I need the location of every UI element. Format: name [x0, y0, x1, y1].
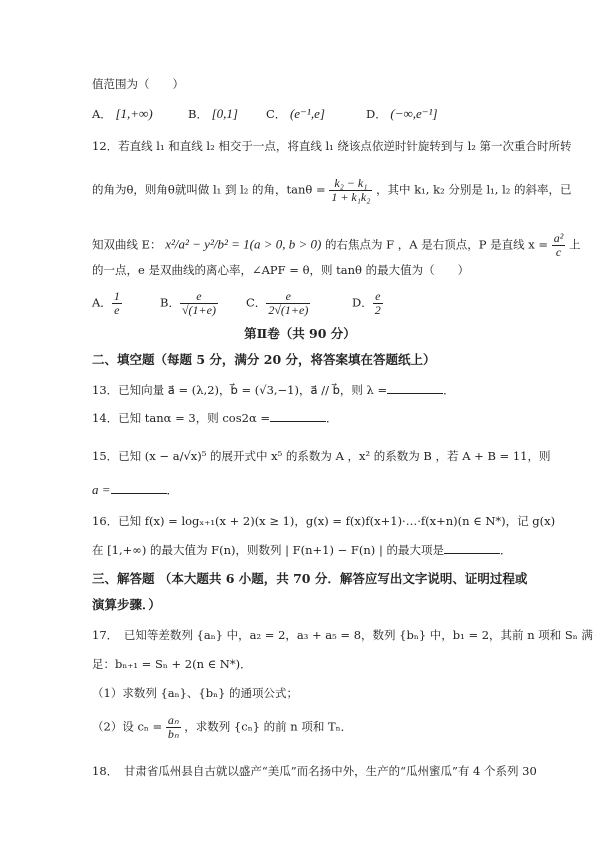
q12-line4: 的一点，e 是双曲线的离心率，∠APF = θ，则 tanθ 的最大值为（ ）	[92, 262, 469, 278]
q12-option-c: C．e2√(1+e)	[246, 290, 310, 317]
q12-line3: 知双曲线 E： x²/a² − y²/b² = 1(a > 0, b > 0) …	[92, 232, 580, 259]
q11-tail: 值范围为（ ）	[92, 76, 184, 92]
q12-option-b: B．e√(1+e)	[160, 290, 218, 317]
hyperbola-equation: x²/a² − y²/b² = 1(a > 0, b > 0)	[165, 237, 321, 252]
q11-option-a: A． [1,+∞)	[92, 106, 153, 122]
q12-line3-text-c: 上	[569, 238, 581, 252]
q12-option-d: D．e2	[352, 290, 383, 317]
q12-line1: 12．若直线 l₁ 和直线 l₂ 相交于一点，将直线 l₁ 绕该点依逆时针旋转到…	[92, 138, 572, 154]
q15-line2: a =．	[92, 482, 178, 498]
q14-answer-blank	[270, 411, 326, 422]
q17-line2: 足：bₙ₊₁ = Sₙ + 2(n ∈ N*)．	[92, 656, 252, 672]
q15-answer-blank	[111, 483, 167, 494]
section2-heading: 二、填空题（每题 5 分，满分 20 分，将答案填在答题纸上）	[92, 352, 436, 368]
q12-option-a: A．1e	[92, 290, 122, 317]
q12-line3-text-b: 的右焦点为 F ，A 是右顶点，P 是直线 x =	[325, 238, 548, 252]
cn-fraction: aₙbₙ	[166, 714, 181, 741]
q17-part2: （2）设 cₙ = aₙbₙ ，求数列 {cₙ} 的前 n 项和 Tₙ．	[92, 714, 352, 741]
section3-heading-line1: 三、解答题 （本大题共 6 小题，共 70 分．解答应写出文字说明、证明过程或	[92, 571, 527, 587]
q14: 14．已知 tanα = 3，则 cos2α =．	[92, 410, 338, 426]
tan-formula-fraction: k₂ − k₁1 + k₁k₂	[329, 177, 372, 204]
q12-line2-text-a: 的角为θ，则角θ就叫做 l₁ 到 l₂ 的角，tanθ =	[92, 183, 326, 197]
q16-answer-blank	[444, 543, 500, 554]
q11-option-d: D． (−∞,e⁻¹]	[366, 106, 438, 122]
q13: 13．已知向量 a⃗ = (λ,2)，b⃗ = (√3,−1)，a⃗ // b⃗…	[92, 382, 455, 398]
part2-title: 第Ⅱ卷（共 90 分）	[0, 324, 600, 342]
q16-line2: 在 [1,+∞) 的最大值为 F(n)，则数列 | F(n+1) − F(n) …	[92, 542, 511, 558]
q12-line2: 的角为θ，则角θ就叫做 l₁ 到 l₂ 的角，tanθ = k₂ − k₁1 +…	[92, 177, 572, 204]
q17-line1: 17． 已知等差数列 {aₙ} 中，a₂ = 2，a₃ + a₅ = 8，数列 …	[92, 627, 593, 643]
q18-line1: 18． 甘肃省瓜州县自古就以盛产“美瓜”而名扬中外，生产的“瓜州蜜瓜”有 4 个…	[92, 763, 537, 779]
q17-part1: （1）求数列 {aₙ}、{bₙ} 的通项公式；	[92, 685, 298, 701]
q12-line2-text-b: ，其中 k₁, k₂ 分别是 l₁, l₂ 的斜率，已	[376, 183, 571, 197]
q13-answer-blank	[387, 383, 443, 394]
q11-option-c: C． (e⁻¹,e]	[266, 106, 325, 122]
q16-line1: 16．已知 f(x) = logₓ₊₁(x + 2)(x ≥ 1)，g(x) =…	[92, 513, 555, 529]
q12-line3-text-a: 知双曲线 E：	[92, 238, 162, 252]
directrix-fraction: a²c	[552, 232, 566, 259]
q15-line1: 15．已知 (x − a/√x)⁵ 的展开式中 x⁵ 的系数为 A ，x² 的系…	[92, 448, 550, 464]
section3-heading-line2: 演算步骤．）	[92, 597, 161, 613]
q11-option-b: B． [0,1]	[188, 106, 238, 122]
